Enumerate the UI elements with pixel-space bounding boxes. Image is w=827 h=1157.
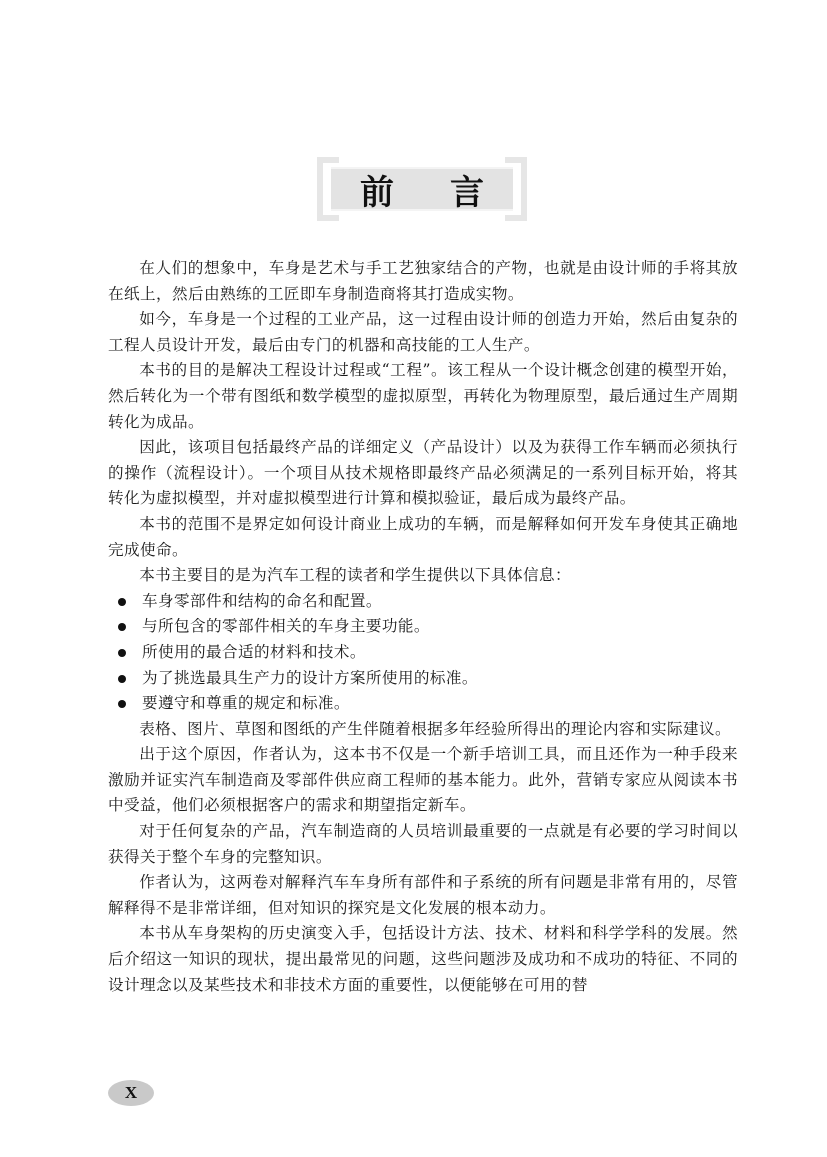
chapter-title-frame: 前言 — [317, 157, 527, 221]
list-item-text: 所使用的最合适的材料和技术。 — [142, 643, 366, 661]
list-item: 车身零部件和结构的命名和配置。 — [108, 589, 738, 615]
list-item-text: 车身零部件和结构的命名和配置。 — [142, 592, 382, 610]
list-item: 与所包含的零部件相关的车身主要功能。 — [108, 614, 738, 640]
paragraph: 出于这个原因，作者认为，这本书不仅是一个新手培训工具，而且还作为一种手段来激励并… — [108, 742, 738, 819]
page-number-badge: X — [108, 1080, 154, 1106]
list-item-text: 为了挑选最具生产力的设计方案所使用的标准。 — [142, 669, 478, 687]
bullet-icon — [118, 598, 126, 606]
paragraph: 对于任何复杂的产品，汽车制造商的人员培训最重要的一点就是有必要的学习时间以获得关… — [108, 819, 738, 870]
info-list: 车身零部件和结构的命名和配置。 与所包含的零部件相关的车身主要功能。 所使用的最… — [108, 589, 738, 717]
bullet-icon — [118, 649, 126, 657]
list-item: 为了挑选最具生产力的设计方案所使用的标准。 — [108, 666, 738, 692]
paragraph: 本书主要目的是为汽车工程的读者和学生提供以下具体信息： — [108, 563, 738, 589]
list-item: 所使用的最合适的材料和技术。 — [108, 640, 738, 666]
bullet-icon — [118, 675, 126, 683]
preface-body: 在人们的想象中，车身是艺术与手工艺独家结合的产物，也就是由设计师的手将其放在纸上… — [108, 256, 738, 998]
list-item: 要遵守和尊重的规定和标准。 — [108, 691, 738, 717]
list-item-text: 要遵守和尊重的规定和标准。 — [142, 694, 350, 712]
page-number: X — [125, 1083, 137, 1103]
paragraph: 作者认为，这两卷对解释汽车车身所有部件和子系统的所有问题是非常有用的，尽管解释得… — [108, 870, 738, 921]
chapter-title-box: 前言 — [331, 167, 513, 211]
paragraph: 本书的目的是解决工程设计过程或“工程”。该工程从一个设计概念创建的模型开始，然后… — [108, 358, 738, 435]
bullet-icon — [118, 700, 126, 708]
bullet-icon — [118, 623, 126, 631]
chapter-title: 前言 — [360, 165, 540, 214]
paragraph: 本书的范围不是界定如何设计商业上成功的车辆，而是解释如何开发车身使其正确地完成使… — [108, 512, 738, 563]
paragraph: 本书从车身架构的历史演变入手，包括设计方法、技术、材料和科学学科的发展。然后介绍… — [108, 921, 738, 998]
paragraph: 在人们的想象中，车身是艺术与手工艺独家结合的产物，也就是由设计师的手将其放在纸上… — [108, 256, 738, 307]
paragraph: 如今，车身是一个过程的工业产品，这一过程由设计师的创造力开始，然后由复杂的工程人… — [108, 307, 738, 358]
paragraph: 因此，该项目包括最终产品的详细定义（产品设计）以及为获得工作车辆而必须执行的操作… — [108, 435, 738, 512]
paragraph: 表格、图片、草图和图纸的产生伴随着根据多年经验所得出的理论内容和实际建议。 — [108, 717, 738, 743]
list-item-text: 与所包含的零部件相关的车身主要功能。 — [142, 617, 430, 635]
